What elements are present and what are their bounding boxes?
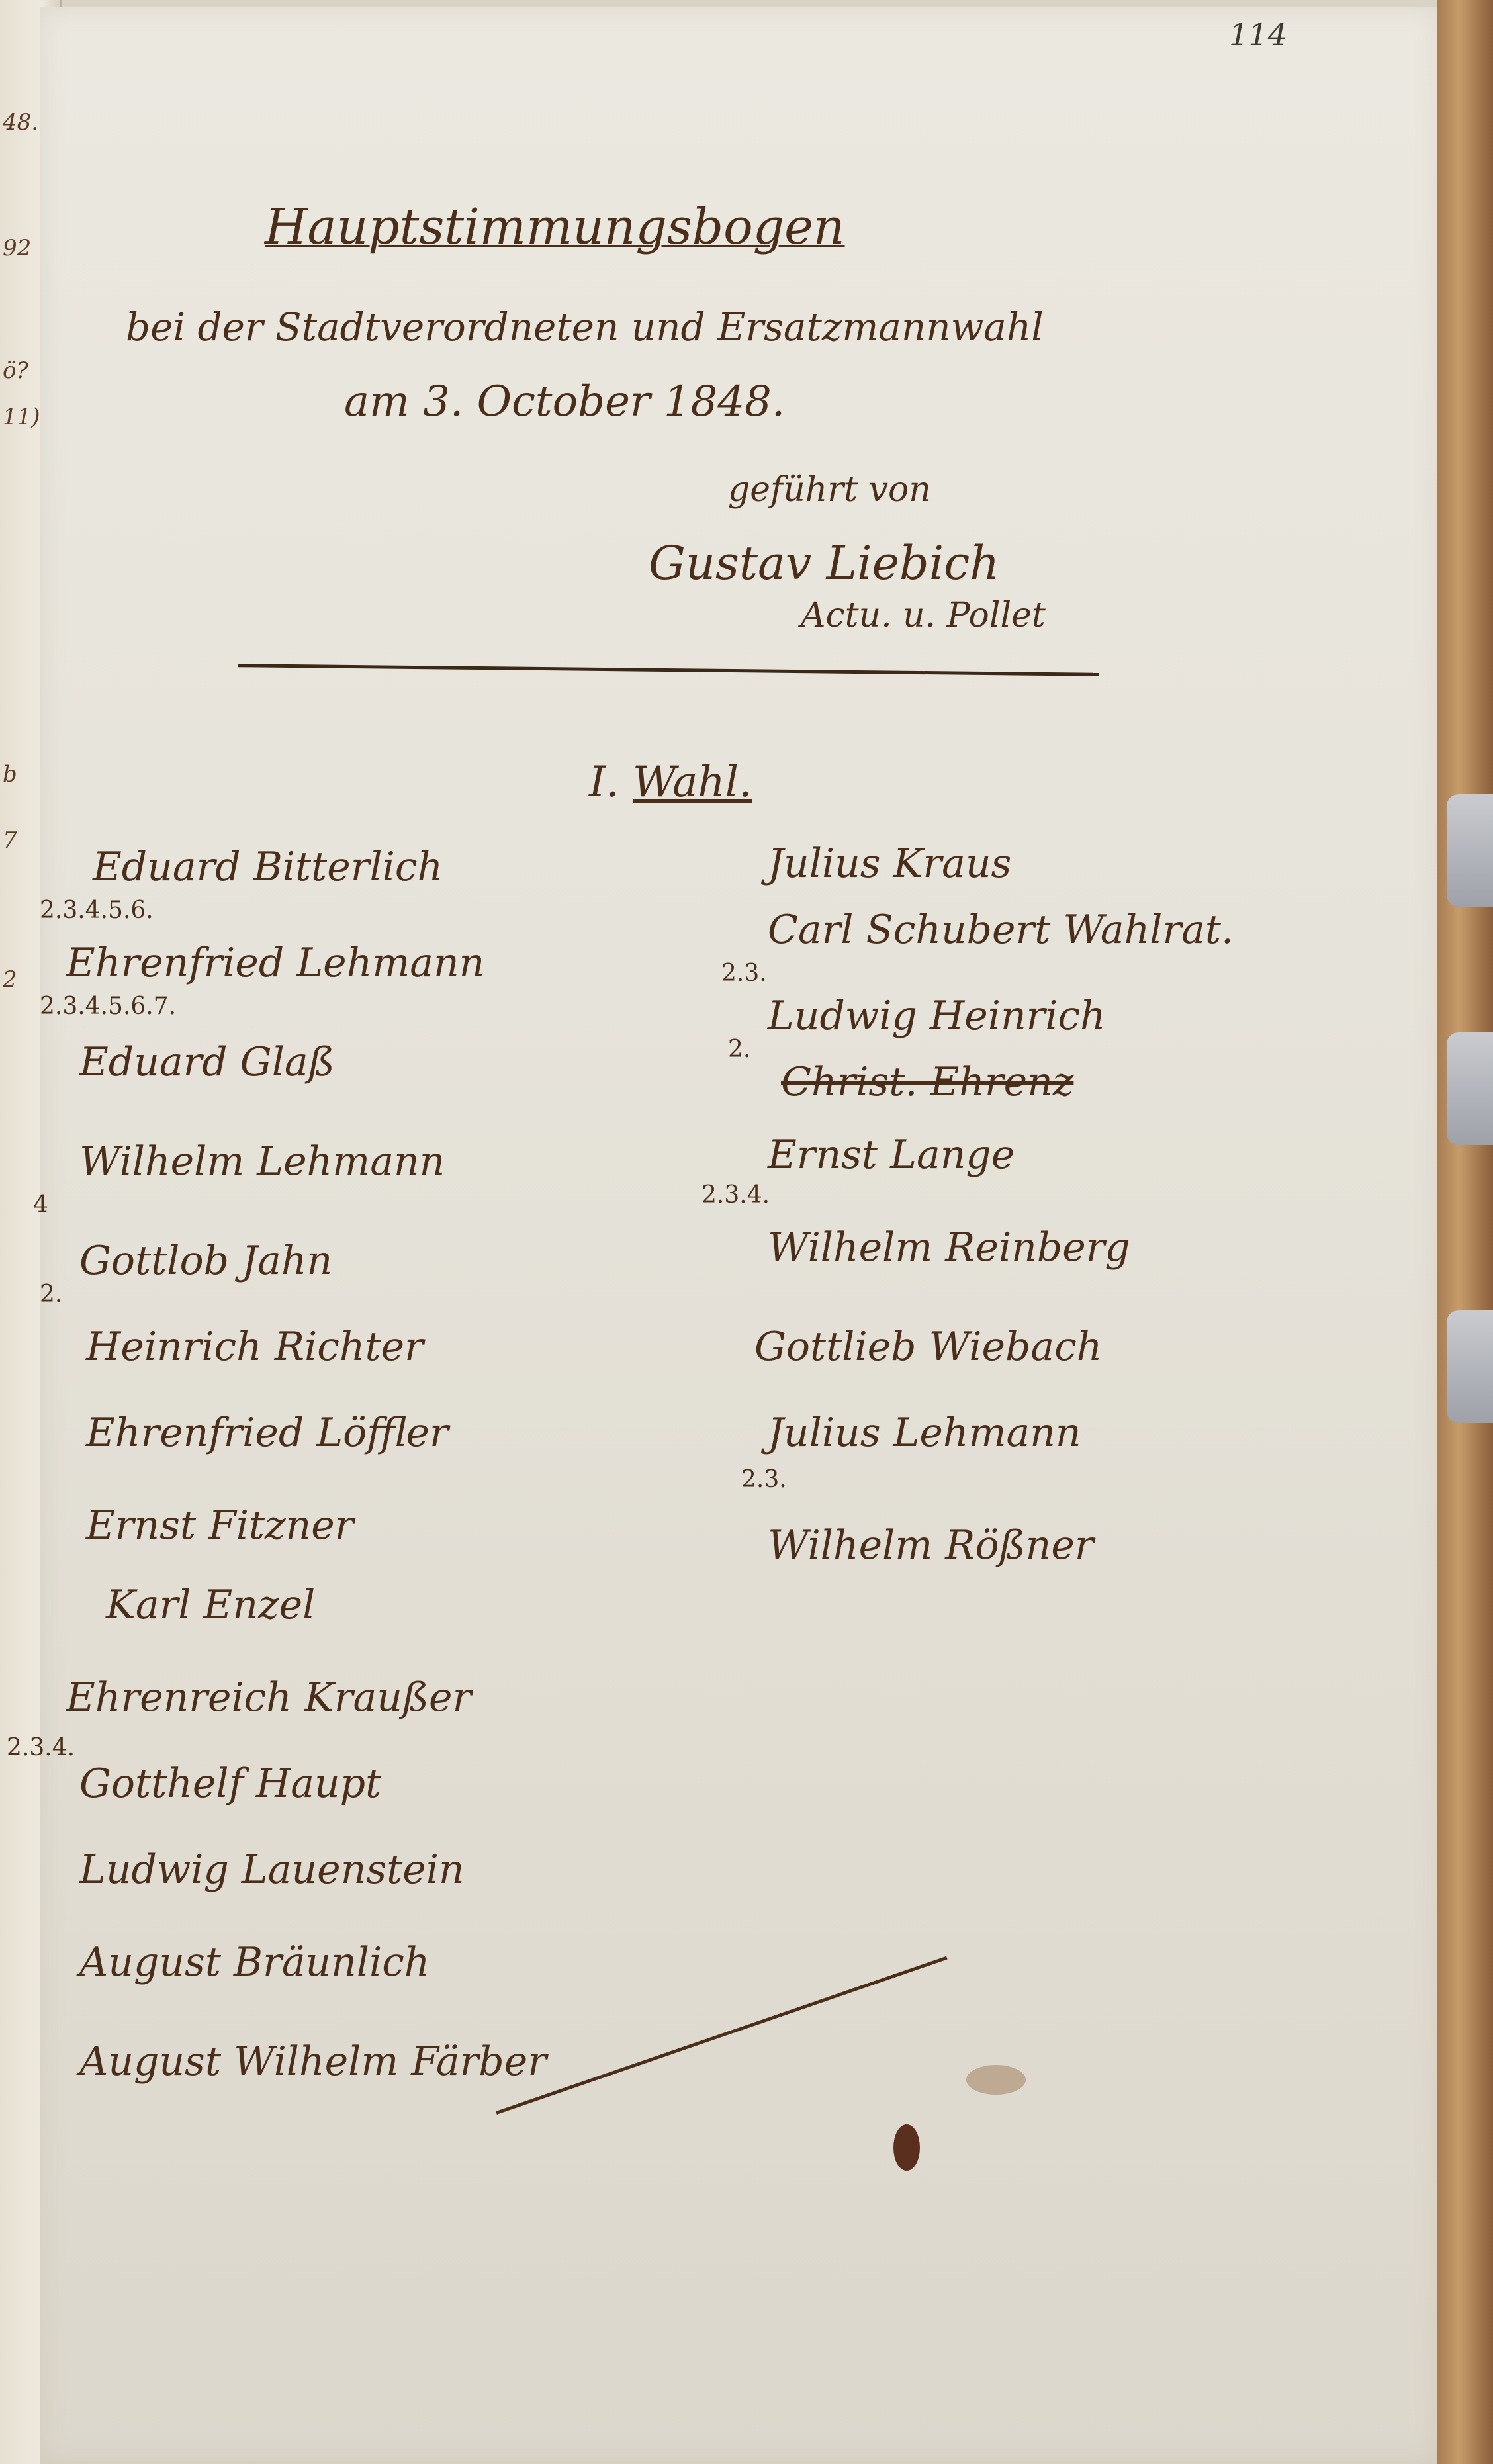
vote-note: 4 xyxy=(33,1191,48,1218)
vote-note: 2.3. xyxy=(721,960,767,987)
margin-mark: 48. xyxy=(3,109,38,136)
section-heading: I. Wahl. xyxy=(589,758,752,807)
signer-role: Actu. u. Pollet xyxy=(801,596,1046,635)
vote-note: 2.3.4.5.6.7. xyxy=(40,993,176,1020)
margin-mark: 92 xyxy=(3,235,31,261)
paper-stain xyxy=(966,2065,1026,2095)
margin-mark: 2 xyxy=(3,966,17,993)
list-item: Gottlieb Wiebach xyxy=(754,1324,1102,1370)
margin-mark: 11) xyxy=(3,404,40,430)
fabric-tab xyxy=(1447,1310,1493,1423)
list-item: Eduard Bitterlich xyxy=(93,844,443,890)
struck-name: Christ. Ehrenz xyxy=(781,1059,1073,1105)
list-item: Wilhelm Reinberg xyxy=(768,1224,1130,1271)
header-divider xyxy=(238,664,1099,676)
vote-note: 2.3.4. xyxy=(701,1181,770,1209)
book-binding-edge xyxy=(1437,0,1493,2464)
list-item: Eduard Glaß xyxy=(79,1039,335,1085)
list-item: Julius Kraus xyxy=(768,841,1011,887)
list-item: Heinrich Richter xyxy=(86,1324,424,1370)
list-item: August Wilhelm Färber xyxy=(79,2038,547,2085)
margin-mark: b xyxy=(3,761,17,788)
document-date: am 3. October 1848. xyxy=(344,377,785,426)
list-item: Ludwig Heinrich xyxy=(768,993,1106,1039)
vote-note: 2. xyxy=(728,1036,750,1063)
vote-note: 2.3.4. xyxy=(7,1734,75,1761)
manuscript-page: 114 Hauptstimmungsbogen bei der Stadtver… xyxy=(40,7,1439,2464)
list-item-struck: Christ. Ehrenz xyxy=(781,1059,1073,1105)
list-item: Ernst Fitzner xyxy=(86,1502,353,1549)
section-numeral: I. xyxy=(589,758,619,807)
page-number: 114 xyxy=(1229,17,1287,52)
list-item: Ehrenreich Kraußer xyxy=(66,1674,471,1721)
list-item: Ernst Lange xyxy=(768,1132,1015,1178)
list-item: Ludwig Lauenstein xyxy=(79,1847,465,1893)
fabric-tab xyxy=(1447,794,1493,907)
fabric-tab xyxy=(1447,1032,1493,1145)
list-item: Karl Enzel xyxy=(106,1582,315,1628)
list-item: August Bräunlich xyxy=(79,1939,430,1985)
closing-stroke xyxy=(496,1956,947,2115)
vote-note: 2. xyxy=(40,1281,62,1308)
section-word: Wahl. xyxy=(633,758,752,807)
list-item: Gottlob Jahn xyxy=(79,1238,332,1284)
document-subtitle: bei der Stadtverordneten und Ersatzmannw… xyxy=(126,304,1044,349)
margin-mark: ö? xyxy=(3,357,28,384)
list-item: Wilhelm Rößner xyxy=(768,1522,1094,1569)
list-item: Gotthelf Haupt xyxy=(79,1760,381,1807)
ink-blot xyxy=(893,2124,920,2171)
signed-by-label: geführt von xyxy=(728,470,931,510)
list-item: Carl Schubert Wahlrat. xyxy=(768,907,1234,953)
list-item: Ehrenfried Löffler xyxy=(86,1410,449,1456)
margin-mark: 7 xyxy=(3,827,17,854)
list-item: Wilhelm Lehmann xyxy=(79,1138,445,1185)
list-item: Julius Lehmann xyxy=(768,1410,1081,1456)
signer-name: Gustav Liebich xyxy=(649,536,999,590)
vote-note: 2.3. xyxy=(741,1466,787,1493)
vote-note: 2.3.4.5.6. xyxy=(40,897,154,924)
list-item: Ehrenfried Lehmann xyxy=(66,940,484,986)
document-title: Hauptstimmungsbogen xyxy=(265,199,845,255)
